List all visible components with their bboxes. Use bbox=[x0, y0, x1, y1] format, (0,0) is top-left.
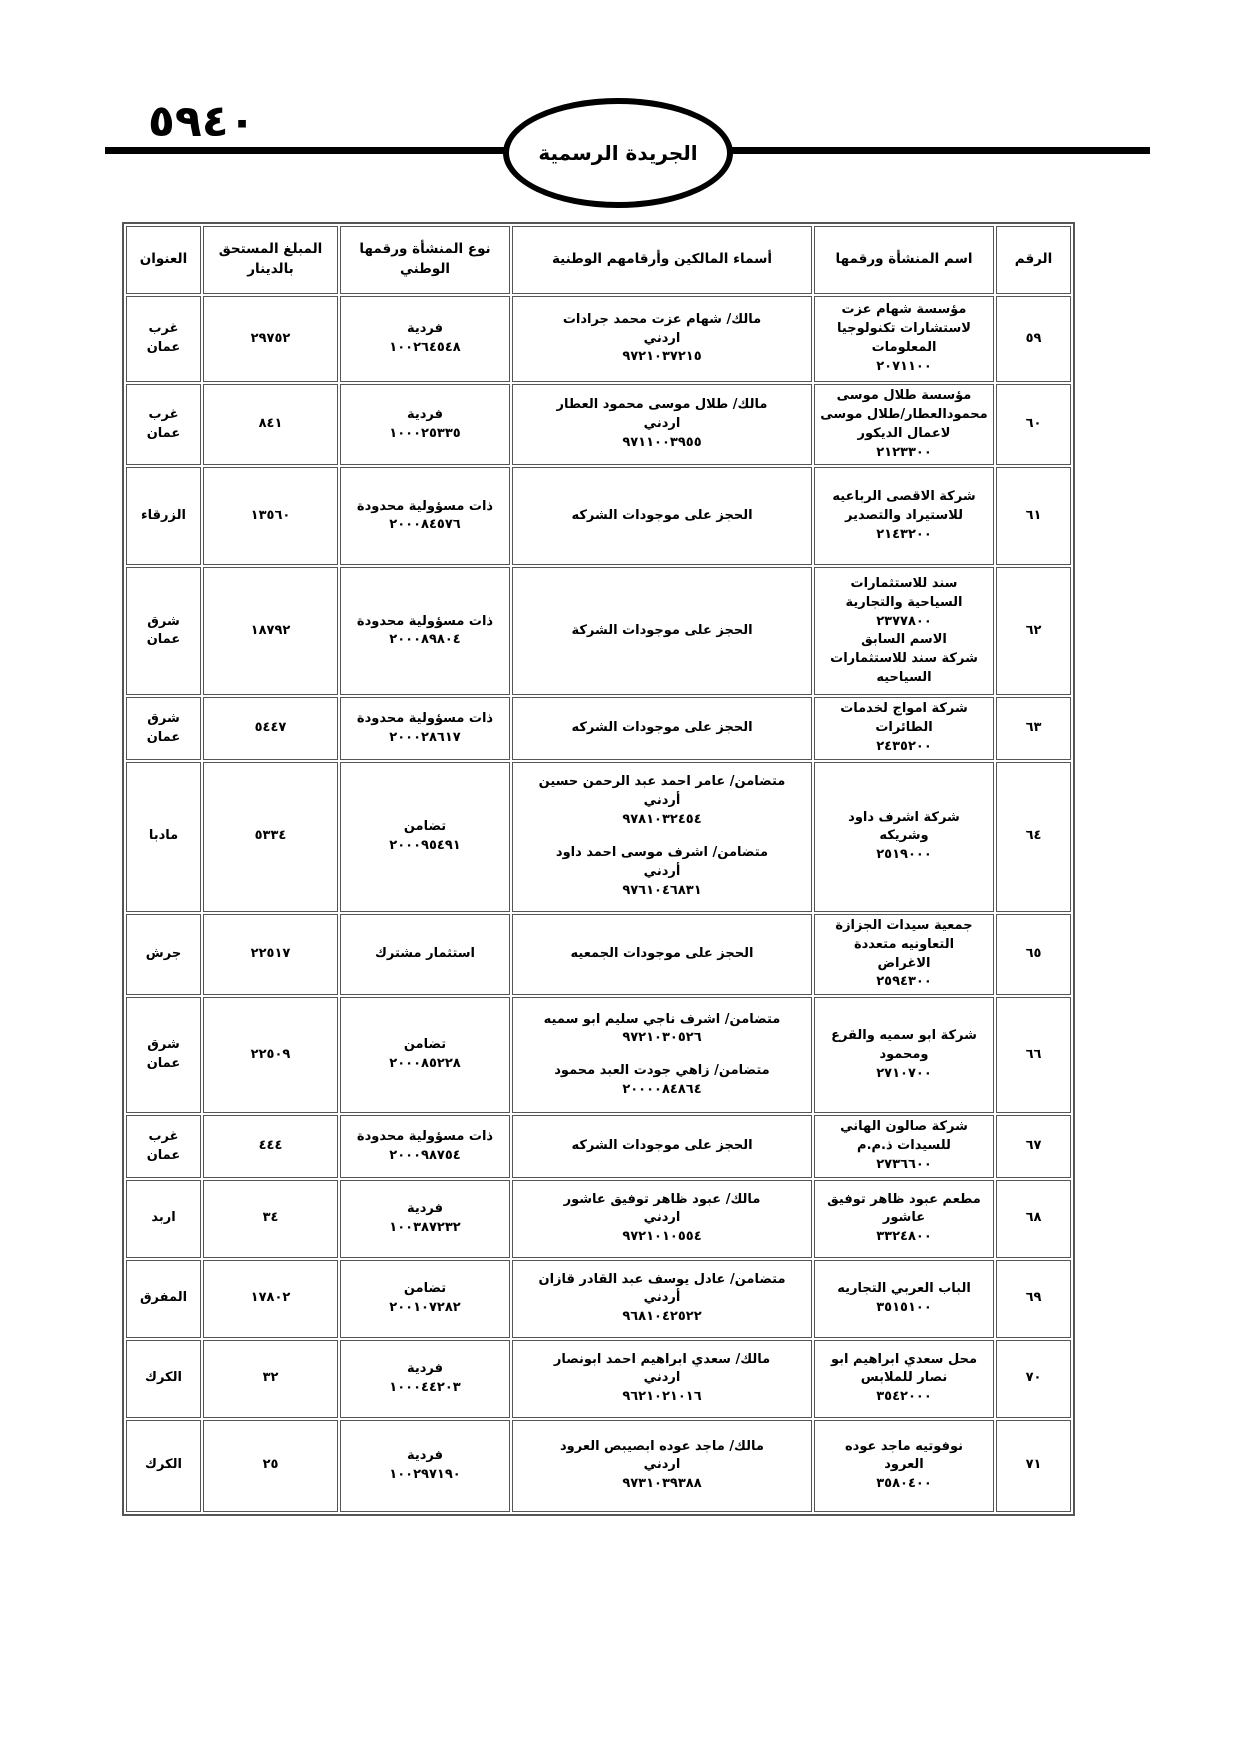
table-row: ٦١شركة الاقصى الرباعيهللاستيراد والتصدير… bbox=[126, 467, 1071, 565]
owner-line: أردني bbox=[517, 1289, 807, 1308]
entity-name-line: شركة الاقصى الرباعيه bbox=[819, 488, 989, 507]
cell-entity-name: سند للاستثماراتالسياحية والتجارية٢٣٧٧٨٠٠… bbox=[814, 567, 994, 695]
cell-owners: مالك/ عبود ظاهر توفيق عاشوراردني٩٧٢١٠١٠٥… bbox=[512, 1180, 812, 1258]
cell-entity-type: فردية١٠٠٢٦٤٥٤٨ bbox=[340, 296, 510, 382]
entity-name-line: شركة صالون الهاني bbox=[819, 1118, 989, 1137]
cell-address: اربد bbox=[126, 1180, 201, 1258]
entity-name-line: ٢٥١٩٠٠٠ bbox=[819, 846, 989, 865]
entity-name-line: شركة سند للاستثمارات bbox=[819, 650, 989, 669]
entity-name-line: العرود bbox=[819, 1456, 989, 1475]
owner-line: مالك/ عبود ظاهر توفيق عاشور bbox=[517, 1191, 807, 1210]
column-header-amount: المبلغ المستحق بالدينار bbox=[203, 226, 338, 294]
cell-number: ٦٠ bbox=[996, 384, 1071, 465]
cell-owners: مالك/ سعدي ابراهيم احمد ابونصاراردني٩٦٢١… bbox=[512, 1340, 812, 1418]
cell-address: شرقعمان bbox=[126, 567, 201, 695]
address-line: الكرك bbox=[131, 1456, 196, 1475]
cell-address: المفرق bbox=[126, 1260, 201, 1338]
entity-type-line: ٢٠٠٠٢٨٦١٧ bbox=[345, 729, 505, 748]
entity-type-line: فردية bbox=[345, 1447, 505, 1466]
cell-number: ٥٩ bbox=[996, 296, 1071, 382]
column-header-entity-name: اسم المنشأة ورقمها bbox=[814, 226, 994, 294]
entity-type-line: ذات مسؤولية محدودة bbox=[345, 1128, 505, 1147]
cell-address: غربعمان bbox=[126, 296, 201, 382]
cell-owners: مالك/ ماجد عوده ابصيبص العروداردني٩٧٣١٠٣… bbox=[512, 1420, 812, 1512]
owner-line: متضامن/ زاهي جودت العبد محمود bbox=[517, 1062, 807, 1081]
entity-name-line: ٢١٤٣٢٠٠ bbox=[819, 526, 989, 545]
owner-line: الحجز على موجودات الشركه bbox=[517, 719, 807, 738]
seizure-table-container: الرقم اسم المنشأة ورقمها أسماء المالكين … bbox=[160, 222, 1075, 1516]
cell-address: الزرقاء bbox=[126, 467, 201, 565]
address-line: شرق bbox=[131, 613, 196, 632]
entity-name-line: ومحمود bbox=[819, 1046, 989, 1065]
entity-type-line: تضامن bbox=[345, 1280, 505, 1299]
cell-address: الكرك bbox=[126, 1340, 201, 1418]
entity-name-line: ٢١٢٣٣٠٠ bbox=[819, 444, 989, 463]
owner-line: اردني bbox=[517, 330, 807, 349]
owner-line: اردني bbox=[517, 415, 807, 434]
owner-line: ٩٦٢١٠٢١٠١٦ bbox=[517, 1388, 807, 1407]
entity-type-line: ذات مسؤولية محدودة bbox=[345, 710, 505, 729]
cell-number: ٦٣ bbox=[996, 697, 1071, 760]
cell-owners: متضامن/ اشرف ناجي سليم ابو سميه٩٧٢١٠٣٠٥٢… bbox=[512, 997, 812, 1113]
owner-line: الحجز على موجودات الجمعيه bbox=[517, 945, 807, 964]
entity-name-line: ٢٤٣٥٢٠٠ bbox=[819, 738, 989, 757]
cell-owners: متضامن/ عادل يوسف عبد القادر قازانأردني٩… bbox=[512, 1260, 812, 1338]
cell-amount: ٣٤ bbox=[203, 1180, 338, 1258]
table-row: ٦٦شركة ابو سميه والقرعومحمود٢٧١٠٧٠٠متضام… bbox=[126, 997, 1071, 1113]
cell-entity-name: شركة صالون الهانيللسيدات ذ.م.م٢٧٣٦٦٠٠ bbox=[814, 1115, 994, 1178]
address-line: الزرقاء bbox=[131, 507, 196, 526]
cell-amount: ٢٩٧٥٢ bbox=[203, 296, 338, 382]
cell-owners: مالك/ طلال موسى محمود العطاراردني٩٧١١٠٠٣… bbox=[512, 384, 812, 465]
table-row: ٧٠محل سعدي ابراهيم ابونصار للملابس٣٥٤٢٠٠… bbox=[126, 1340, 1071, 1418]
publication-title: الجريدة الرسمية bbox=[538, 141, 697, 165]
cell-owners: الحجز على موجودات الشركة bbox=[512, 567, 812, 695]
owner-line: متضامن/ اشرف موسى احمد داود bbox=[517, 844, 807, 863]
owner-line: ٩٧١١٠٠٣٩٥٥ bbox=[517, 434, 807, 453]
cell-entity-type: ذات مسؤولية محدودة٢٠٠٠٨٤٥٧٦ bbox=[340, 467, 510, 565]
entity-type-line: ذات مسؤولية محدودة bbox=[345, 498, 505, 517]
cell-entity-name: الباب العربي التجاريه٣٥١٥١٠٠ bbox=[814, 1260, 994, 1338]
entity-type-line: تضامن bbox=[345, 818, 505, 837]
cell-owners: الحجز على موجودات الشركه bbox=[512, 467, 812, 565]
entity-type-line: ٢٠٠١٠٧٢٨٢ bbox=[345, 1299, 505, 1318]
cell-number: ٧٠ bbox=[996, 1340, 1071, 1418]
address-line: عمان bbox=[131, 631, 196, 650]
owner-line: ٩٧٢١٠٣٧٢١٥ bbox=[517, 348, 807, 367]
entity-name-line: محل سعدي ابراهيم ابو bbox=[819, 1351, 989, 1370]
table-row: ٦٩الباب العربي التجاريه٣٥١٥١٠٠متضامن/ عا… bbox=[126, 1260, 1071, 1338]
cell-address: مادبا bbox=[126, 762, 201, 912]
owner-line: متضامن/ اشرف ناجي سليم ابو سميه bbox=[517, 1011, 807, 1030]
cell-amount: ٣٢ bbox=[203, 1340, 338, 1418]
entity-name-line: نصار للملابس bbox=[819, 1369, 989, 1388]
column-header-entity-type: نوع المنشأة ورقمها الوطني bbox=[340, 226, 510, 294]
address-line: عمان bbox=[131, 425, 196, 444]
table-row: ٦٧شركة صالون الهانيللسيدات ذ.م.م٢٧٣٦٦٠٠ا… bbox=[126, 1115, 1071, 1178]
cell-address: غربعمان bbox=[126, 1115, 201, 1178]
address-line: اربد bbox=[131, 1209, 196, 1228]
column-header-owners: أسماء المالكين وأرقامهم الوطنية bbox=[512, 226, 812, 294]
entity-name-line: ٣٥١٥١٠٠ bbox=[819, 1299, 989, 1318]
entity-name-line: شركة امواج لخدمات bbox=[819, 700, 989, 719]
cell-entity-name: محل سعدي ابراهيم ابونصار للملابس٣٥٤٢٠٠٠ bbox=[814, 1340, 994, 1418]
entity-name-line: المعلومات bbox=[819, 339, 989, 358]
entity-name-line: ٢٧١٠٧٠٠ bbox=[819, 1065, 989, 1084]
entity-type-line: ٢٠٠٠٨٥٢٢٨ bbox=[345, 1055, 505, 1074]
address-line: غرب bbox=[131, 406, 196, 425]
entity-name-line: وشريكه bbox=[819, 827, 989, 846]
cell-owners: الحجز على موجودات الشركه bbox=[512, 1115, 812, 1178]
entity-name-line: ٢٣٧٧٨٠٠ bbox=[819, 613, 989, 632]
table-row: ٦٤شركة اشرف داودوشريكه٢٥١٩٠٠٠متضامن/ عام… bbox=[126, 762, 1071, 912]
cell-number: ٦٩ bbox=[996, 1260, 1071, 1338]
owner-line: مالك/ ماجد عوده ابصيبص العرود bbox=[517, 1438, 807, 1457]
entity-name-line: ٣٥٨٠٤٠٠ bbox=[819, 1475, 989, 1494]
address-line: شرق bbox=[131, 710, 196, 729]
cell-amount: ٢٥ bbox=[203, 1420, 338, 1512]
cell-entity-type: فردية١٠٠٠٤٤٢٠٣ bbox=[340, 1340, 510, 1418]
cell-entity-type: ذات مسؤولية محدودة٢٠٠٠٢٨٦١٧ bbox=[340, 697, 510, 760]
owner-line: الحجز على موجودات الشركه bbox=[517, 1137, 807, 1156]
cell-entity-type: ذات مسؤولية محدودة٢٠٠٠٩٨٧٥٤ bbox=[340, 1115, 510, 1178]
cell-owners: الحجز على موجودات الشركه bbox=[512, 697, 812, 760]
entity-type-line: ١٠٠٢٦٤٥٤٨ bbox=[345, 339, 505, 358]
cell-amount: ٨٤١ bbox=[203, 384, 338, 465]
cell-entity-type: فردية١٠٠٣٨٧٢٣٢ bbox=[340, 1180, 510, 1258]
cell-entity-type: فردية١٠٠٠٢٥٣٣٥ bbox=[340, 384, 510, 465]
entity-name-line: ٢٠٧١١٠٠ bbox=[819, 358, 989, 377]
owner-line: ٩٧٨١٠٣٢٤٥٤ bbox=[517, 811, 807, 830]
cell-number: ٦٥ bbox=[996, 914, 1071, 995]
table-row: ٥٩مؤسسة شهام عزتلاستشارات تكنولوجياالمعل… bbox=[126, 296, 1071, 382]
cell-number: ٦٤ bbox=[996, 762, 1071, 912]
owner-line: مالك/ طلال موسى محمود العطار bbox=[517, 396, 807, 415]
cell-entity-type: تضامن٢٠٠٠٨٥٢٢٨ bbox=[340, 997, 510, 1113]
entity-name-line: السياحية والتجارية bbox=[819, 594, 989, 613]
cell-entity-name: شركة الاقصى الرباعيهللاستيراد والتصدير٢١… bbox=[814, 467, 994, 565]
entity-type-line: فردية bbox=[345, 406, 505, 425]
entity-type-line: ذات مسؤولية محدودة bbox=[345, 613, 505, 632]
owner-line: الحجز على موجودات الشركه bbox=[517, 507, 807, 526]
cell-entity-type: تضامن٢٠٠١٠٧٢٨٢ bbox=[340, 1260, 510, 1338]
column-header-number: الرقم bbox=[996, 226, 1071, 294]
address-line: عمان bbox=[131, 1147, 196, 1166]
entity-name-line: الاغراض bbox=[819, 955, 989, 974]
entity-name-line: الاسم السابق bbox=[819, 631, 989, 650]
cell-owners: متضامن/ عامر احمد عبد الرحمن حسينأردني٩٧… bbox=[512, 762, 812, 912]
address-line: جرش bbox=[131, 945, 196, 964]
cell-entity-type: تضامن٢٠٠٠٩٥٤٩١ bbox=[340, 762, 510, 912]
address-line: عمان bbox=[131, 1055, 196, 1074]
owner-line: الحجز على موجودات الشركة bbox=[517, 622, 807, 641]
owner-line: ٩٧٢١٠١٠٥٥٤ bbox=[517, 1228, 807, 1247]
entity-type-line: ١٠٠٠٢٥٣٣٥ bbox=[345, 425, 505, 444]
owner-line: ٩٧٢١٠٣٠٥٢٦ bbox=[517, 1029, 807, 1048]
owner-line: اردني bbox=[517, 1209, 807, 1228]
cell-amount: ٢٢٥١٧ bbox=[203, 914, 338, 995]
cell-number: ٦٦ bbox=[996, 997, 1071, 1113]
entity-type-line: ٢٠٠٠٨٩٨٠٤ bbox=[345, 631, 505, 650]
owner-spacer bbox=[517, 830, 807, 844]
entity-type-line: ١٠٠٢٩٧١٩٠ bbox=[345, 1466, 505, 1485]
entity-name-line: محمودالعطار/طلال موسى bbox=[819, 406, 989, 425]
entity-name-line: عاشور bbox=[819, 1209, 989, 1228]
entity-name-line: لاستشارات تكنولوجيا bbox=[819, 320, 989, 339]
entity-type-line: ٢٠٠٠٩٨٧٥٤ bbox=[345, 1147, 505, 1166]
entity-name-line: لاعمال الديكور bbox=[819, 425, 989, 444]
cell-entity-name: مؤسسة طلال موسىمحمودالعطار/طلال موسىلاعم… bbox=[814, 384, 994, 465]
owner-spacer bbox=[517, 1048, 807, 1062]
entity-type-line: فردية bbox=[345, 1200, 505, 1219]
cell-address: غربعمان bbox=[126, 384, 201, 465]
owner-line: أردني bbox=[517, 863, 807, 882]
seizure-table: الرقم اسم المنشأة ورقمها أسماء المالكين … bbox=[122, 222, 1075, 1516]
owner-line: متضامن/ عادل يوسف عبد القادر قازان bbox=[517, 1271, 807, 1290]
entity-name-line: ٣٥٤٢٠٠٠ bbox=[819, 1388, 989, 1407]
address-line: غرب bbox=[131, 1128, 196, 1147]
owner-line: متضامن/ عامر احمد عبد الرحمن حسين bbox=[517, 773, 807, 792]
cell-address: الكرك bbox=[126, 1420, 201, 1512]
cell-entity-name: شركة امواج لخدماتالطائرات٢٤٣٥٢٠٠ bbox=[814, 697, 994, 760]
cell-entity-type: فردية١٠٠٢٩٧١٩٠ bbox=[340, 1420, 510, 1512]
cell-amount: ٥٣٣٤ bbox=[203, 762, 338, 912]
address-line: غرب bbox=[131, 320, 196, 339]
entity-type-line: فردية bbox=[345, 1360, 505, 1379]
cell-amount: ٢٢٥٠٩ bbox=[203, 997, 338, 1113]
entity-name-line: ٣٣٢٤٨٠٠ bbox=[819, 1228, 989, 1247]
owner-line: ٢٠٠٠٠٨٤٨٦٤ bbox=[517, 1081, 807, 1100]
entity-name-line: الطائرات bbox=[819, 719, 989, 738]
cell-amount: ١٣٥٦٠ bbox=[203, 467, 338, 565]
entity-type-line: فردية bbox=[345, 320, 505, 339]
cell-entity-name: مؤسسة شهام عزتلاستشارات تكنولوجياالمعلوم… bbox=[814, 296, 994, 382]
cell-entity-name: نوفوتيه ماجد عودهالعرود٣٥٨٠٤٠٠ bbox=[814, 1420, 994, 1512]
entity-name-line: مطعم عبود ظاهر توفيق bbox=[819, 1191, 989, 1210]
cell-number: ٦١ bbox=[996, 467, 1071, 565]
address-line: شرق bbox=[131, 1036, 196, 1055]
entity-name-line: مؤسسة شهام عزت bbox=[819, 301, 989, 320]
table-row: ٦٨مطعم عبود ظاهر توفيقعاشور٣٣٢٤٨٠٠مالك/ … bbox=[126, 1180, 1071, 1258]
owner-line: مالك/ سعدي ابراهيم احمد ابونصار bbox=[517, 1351, 807, 1370]
address-line: المفرق bbox=[131, 1289, 196, 1308]
address-line: عمان bbox=[131, 339, 196, 358]
cell-entity-type: ذات مسؤولية محدودة٢٠٠٠٨٩٨٠٤ bbox=[340, 567, 510, 695]
cell-entity-type: استثمار مشترك bbox=[340, 914, 510, 995]
cell-amount: ٤٤٤ bbox=[203, 1115, 338, 1178]
table-row: ٧١نوفوتيه ماجد عودهالعرود٣٥٨٠٤٠٠مالك/ ما… bbox=[126, 1420, 1071, 1512]
cell-amount: ١٧٨٠٢ bbox=[203, 1260, 338, 1338]
entity-name-line: شركة اشرف داود bbox=[819, 809, 989, 828]
table-row: ٦٣شركة امواج لخدماتالطائرات٢٤٣٥٢٠٠الحجز … bbox=[126, 697, 1071, 760]
entity-name-line: مؤسسة طلال موسى bbox=[819, 387, 989, 406]
owner-line: أردني bbox=[517, 792, 807, 811]
entity-type-line: ٢٠٠٠٩٥٤٩١ bbox=[345, 837, 505, 856]
table-row: ٦٢سند للاستثماراتالسياحية والتجارية٢٣٧٧٨… bbox=[126, 567, 1071, 695]
entity-name-line: السياحيه bbox=[819, 669, 989, 688]
cell-amount: ١٨٧٩٢ bbox=[203, 567, 338, 695]
entity-name-line: التعاونيه متعددة bbox=[819, 936, 989, 955]
address-line: الكرك bbox=[131, 1369, 196, 1388]
cell-number: ٦٢ bbox=[996, 567, 1071, 695]
entity-name-line: نوفوتيه ماجد عوده bbox=[819, 1438, 989, 1457]
cell-address: شرقعمان bbox=[126, 697, 201, 760]
table-row: ٦٠مؤسسة طلال موسىمحمودالعطار/طلال موسىلا… bbox=[126, 384, 1071, 465]
publication-title-badge: الجريدة الرسمية bbox=[503, 98, 733, 208]
owner-line: اردني bbox=[517, 1456, 807, 1475]
owner-line: اردني bbox=[517, 1369, 807, 1388]
cell-owners: الحجز على موجودات الجمعيه bbox=[512, 914, 812, 995]
entity-name-line: جمعية سيدات الجزازة bbox=[819, 917, 989, 936]
cell-amount: ٥٤٤٧ bbox=[203, 697, 338, 760]
cell-entity-name: شركة ابو سميه والقرعومحمود٢٧١٠٧٠٠ bbox=[814, 997, 994, 1113]
cell-owners: مالك/ شهام عزت محمد جراداتاردني٩٧٢١٠٣٧٢١… bbox=[512, 296, 812, 382]
owner-line: ٩٦٨١٠٤٢٥٢٢ bbox=[517, 1308, 807, 1327]
entity-name-line: للسيدات ذ.م.م bbox=[819, 1137, 989, 1156]
cell-number: ٧١ bbox=[996, 1420, 1071, 1512]
owner-line: مالك/ شهام عزت محمد جرادات bbox=[517, 311, 807, 330]
table-header-row: الرقم اسم المنشأة ورقمها أسماء المالكين … bbox=[126, 226, 1071, 294]
cell-number: ٦٨ bbox=[996, 1180, 1071, 1258]
cell-entity-name: جمعية سيدات الجزازةالتعاونيه متعددةالاغر… bbox=[814, 914, 994, 995]
owner-line: ٩٧٦١٠٤٦٨٣١ bbox=[517, 882, 807, 901]
address-line: مادبا bbox=[131, 827, 196, 846]
entity-name-line: شركة ابو سميه والقرع bbox=[819, 1027, 989, 1046]
column-header-address: العنوان bbox=[126, 226, 201, 294]
entity-type-line: ١٠٠٣٨٧٢٣٢ bbox=[345, 1219, 505, 1238]
cell-address: جرش bbox=[126, 914, 201, 995]
table-body: ٥٩مؤسسة شهام عزتلاستشارات تكنولوجياالمعل… bbox=[126, 296, 1071, 1512]
entity-name-line: ٢٧٣٦٦٠٠ bbox=[819, 1156, 989, 1175]
entity-type-line: استثمار مشترك bbox=[345, 945, 505, 964]
entity-type-line: تضامن bbox=[345, 1036, 505, 1055]
owner-line: ٩٧٣١٠٣٩٣٨٨ bbox=[517, 1475, 807, 1494]
entity-type-line: ٢٠٠٠٨٤٥٧٦ bbox=[345, 516, 505, 535]
table-row: ٦٥جمعية سيدات الجزازةالتعاونيه متعددةالا… bbox=[126, 914, 1071, 995]
entity-type-line: ١٠٠٠٤٤٢٠٣ bbox=[345, 1379, 505, 1398]
page-number: ٥٩٤٠ bbox=[148, 100, 255, 144]
address-line: عمان bbox=[131, 729, 196, 748]
entity-name-line: سند للاستثمارات bbox=[819, 575, 989, 594]
cell-address: شرقعمان bbox=[126, 997, 201, 1113]
cell-entity-name: شركة اشرف داودوشريكه٢٥١٩٠٠٠ bbox=[814, 762, 994, 912]
entity-name-line: الباب العربي التجاريه bbox=[819, 1280, 989, 1299]
entity-name-line: للاستيراد والتصدير bbox=[819, 507, 989, 526]
cell-number: ٦٧ bbox=[996, 1115, 1071, 1178]
entity-name-line: ٢٥٩٤٣٠٠ bbox=[819, 973, 989, 992]
cell-entity-name: مطعم عبود ظاهر توفيقعاشور٣٣٢٤٨٠٠ bbox=[814, 1180, 994, 1258]
